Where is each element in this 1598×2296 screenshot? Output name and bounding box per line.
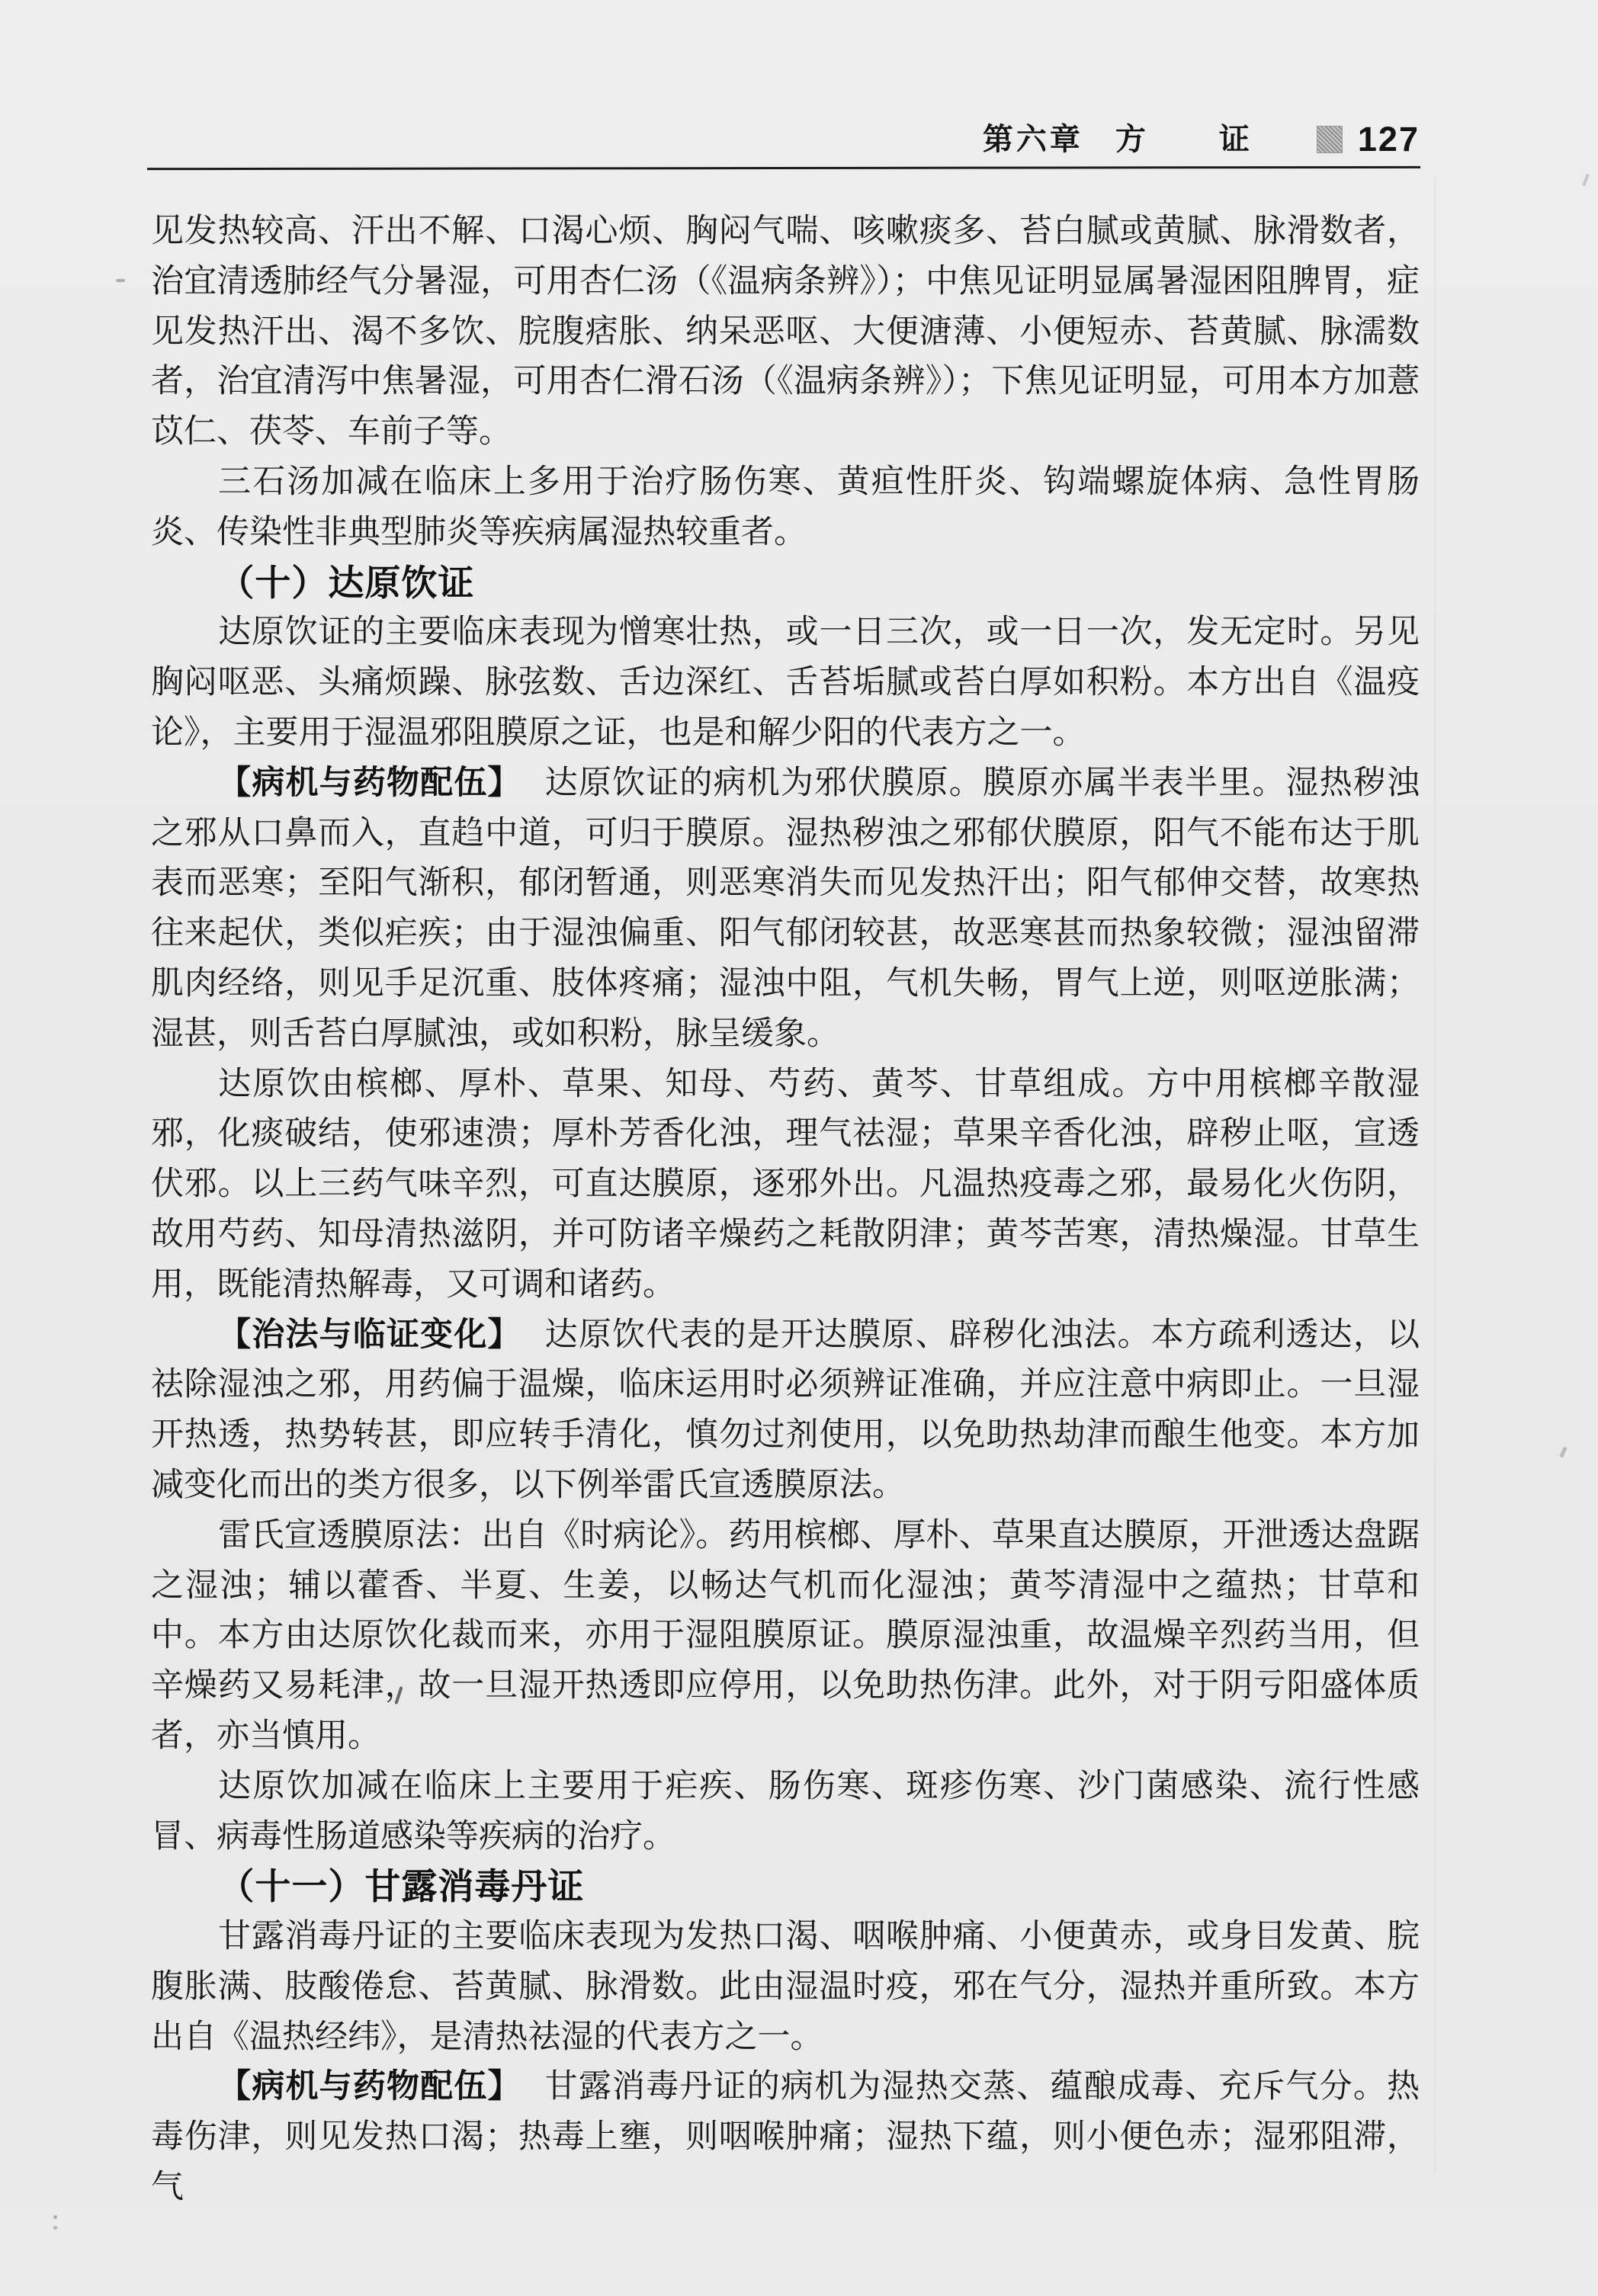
section-heading: （十一）甘露消毒丹证 — [151, 1861, 1420, 1912]
paragraph: 三石汤加减在临床上多用于治疗肠伤寒、黄疸性肝炎、钩端螺旋体病、急性胃肠炎、传染性… — [151, 457, 1420, 558]
paragraph: 【治法与临证变化】达原饮代表的是开达膜原、辟秽化浊法。本方疏利透达，以祛除湿浊之… — [151, 1310, 1420, 1511]
book-page: 第六章 方 证 127 见发热较高、汗出不解、口渴心烦、胸闷气喘、咳嗽痰多、苔白… — [0, 0, 1598, 2296]
paragraph-label: 【治法与临证变化】 — [218, 1316, 521, 1353]
header-divider — [147, 166, 1420, 170]
page-number: 127 — [1358, 122, 1420, 156]
paragraph: 达原饮由槟榔、厚朴、草果、知母、芍药、黄芩、甘草组成。方中用槟榔辛散湿邪，化痰破… — [151, 1060, 1420, 1310]
running-head: 第六章 方 证 127 — [151, 122, 1420, 156]
chapter-title-part1: 方 — [1115, 124, 1146, 155]
chapter-title-part2: 证 — [1219, 124, 1250, 155]
paragraph-label: 【病机与药物配伍】 — [218, 765, 521, 801]
chapter-label: 第六章 — [983, 124, 1083, 155]
scan-crease-artifact — [1434, 177, 1436, 2174]
paragraph-label: 【病机与药物配伍】 — [218, 2068, 521, 2105]
paragraph: 见发热较高、汗出不解、口渴心烦、胸闷气喘、咳嗽痰多、苔白腻或黄腻、脉滑数者，治宜… — [151, 207, 1420, 457]
scan-artifact — [53, 2215, 57, 2219]
scan-artifact — [116, 279, 125, 282]
text-block: 见发热较高、汗出不解、口渴心烦、胸闷气喘、咳嗽痰多、苔白腻或黄腻、脉滑数者，治宜… — [151, 207, 1420, 2213]
scan-artifact — [1559, 1447, 1567, 1458]
paragraph: 达原饮证的主要临床表现为憎寒壮热，或一日三次，或一日一次，发无定时。另见胸闷呕恶… — [151, 608, 1420, 758]
section-heading: （十）达原饮证 — [151, 558, 1420, 608]
page-number-ornament-icon — [1317, 126, 1343, 153]
paragraph: 【病机与药物配伍】达原饮证的病机为邪伏膜原。膜原亦属半表半里。湿热秽浊之邪从口鼻… — [151, 758, 1420, 1060]
scan-artifact — [1582, 174, 1589, 186]
paragraph: 【病机与药物配伍】甘露消毒丹证的病机为湿热交蒸、蕴酿成毒、充斥气分。热毒伤津，则… — [151, 2062, 1420, 2212]
paragraph: 甘露消毒丹证的主要临床表现为发热口渴、咽喉肿痛、小便黄赤，或身目发黄、脘腹胀满、… — [151, 1912, 1420, 2062]
paragraph: 达原饮加减在临床上主要用于疟疾、肠伤寒、斑疹伤寒、沙门菌感染、流行性感冒、病毒性… — [151, 1762, 1420, 1862]
paragraph: 雷氏宣透膜原法：出自《时病论》。药用槟榔、厚朴、草果直达膜原，开泄透达盘踞之湿浊… — [151, 1511, 1420, 1762]
